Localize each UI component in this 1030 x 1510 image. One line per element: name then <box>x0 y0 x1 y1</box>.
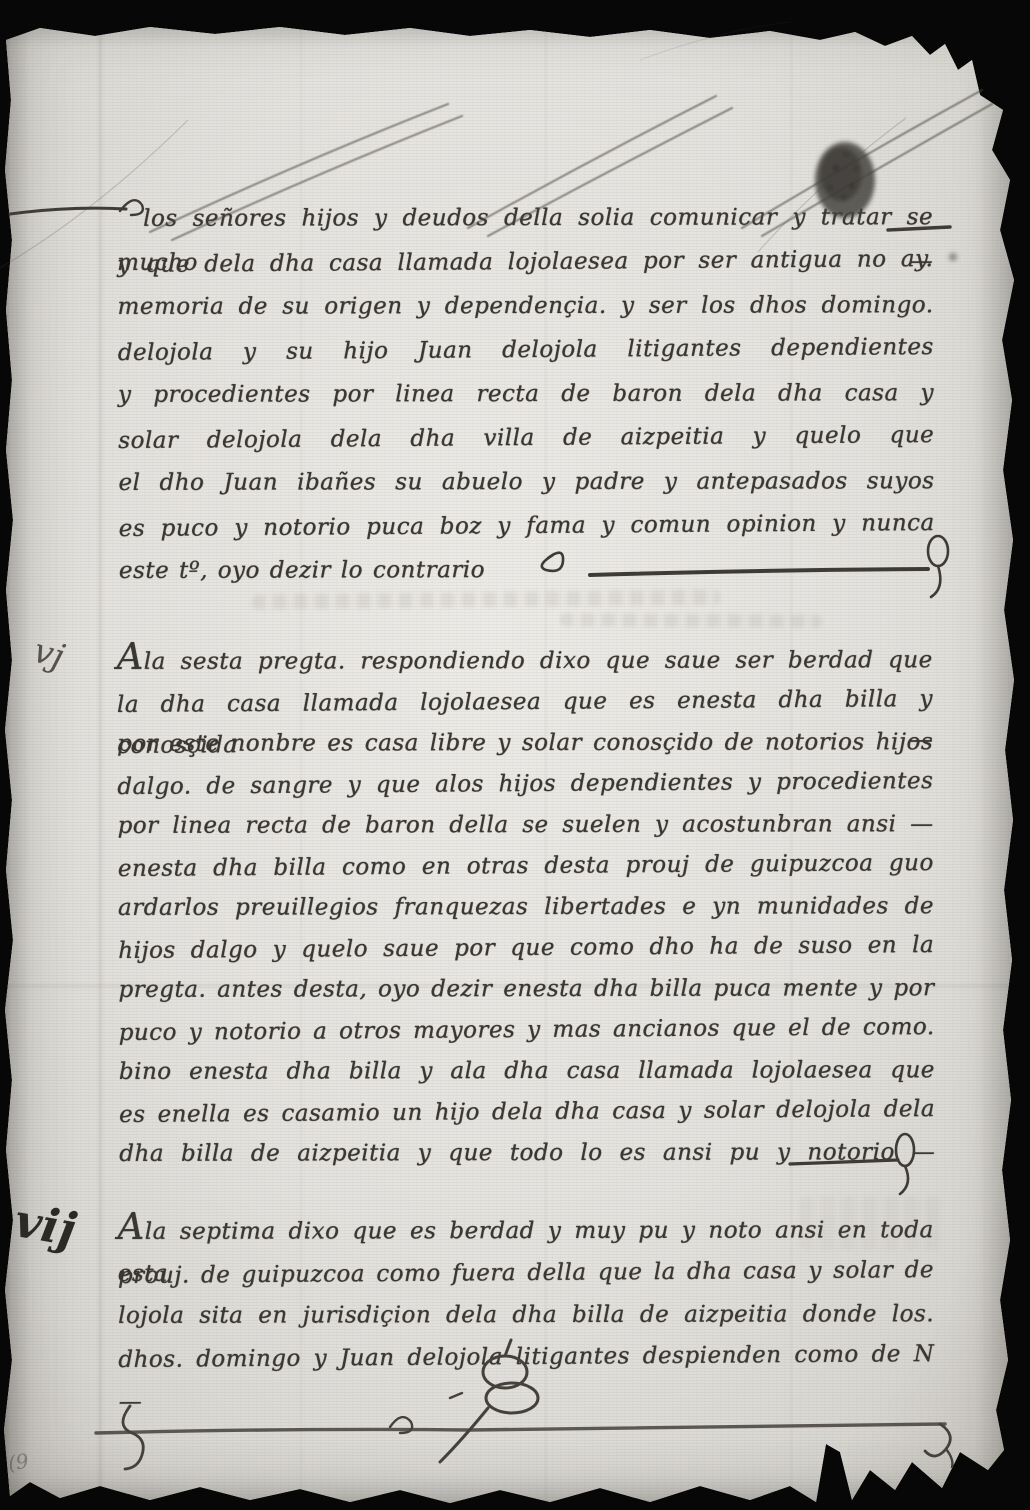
scan-background: { "page": { "description": "Scanned page… <box>0 0 1030 1510</box>
manuscript-line: es puco y notorio puca boz y fama y comu… <box>119 501 935 551</box>
manuscript-line: ardarlos preuillegios franquezas liberta… <box>118 886 934 929</box>
margin-mark-vij: vij <box>11 1193 80 1257</box>
manuscript-line: por linea recta de baron della se suelen… <box>118 804 934 847</box>
manuscript-line: el dho Juan ibañes su abuelo y padre y a… <box>118 459 934 505</box>
manuscript-line: hijos dalgo y quelo saue por que como dh… <box>118 925 934 972</box>
manuscript-line: dha billa de aizpeitia y que todo lo es … <box>119 1132 935 1175</box>
manuscript-line: dalgo. de sangre y que alos hijos depend… <box>117 761 933 808</box>
manuscript-line: prouj. de guipuzcoa como fuera della que… <box>118 1249 934 1297</box>
manuscript-line: delojola y su hijo Juan delojola litigan… <box>118 325 934 375</box>
paragraph-3: Ala septima dixo que es berdad y muy pu … <box>118 1208 935 1380</box>
manuscript-line: bino enesta dha billa y ala dha casa lla… <box>119 1050 935 1093</box>
manuscript-line: dhos. domingo y Juan delojola litigantes… <box>118 1333 934 1381</box>
manuscript-line: Ala sesta pregta. respondiendo dixo que … <box>117 640 933 683</box>
manuscript-line: este tº, oyo dezir lo contrario <box>119 547 935 593</box>
manuscript-line: y que dela dha casa llamada lojolaesea p… <box>117 237 933 287</box>
manuscript-line: Ala septima dixo que es berdad y muy pu … <box>118 1209 934 1253</box>
manuscript-line: los señores hijos y deudos della solia c… <box>117 195 933 241</box>
manuscript-line: enesta dha billa como en otras desta pro… <box>118 843 934 890</box>
manuscript-line: memoria de su origen y dependençia. y se… <box>117 283 933 329</box>
manuscript-line: es enella es casamio un hijo dela dha ca… <box>119 1089 935 1136</box>
manuscript-line: lojola sita en jurisdiçion dela dha bill… <box>118 1293 934 1337</box>
corner-mark: (9 <box>6 1449 30 1476</box>
manuscript-line: y procedientes por linea recta de baron … <box>118 371 934 417</box>
manuscript-line: puco y notorio a otros mayores y mas anc… <box>119 1007 935 1054</box>
manuscript-line: solar delojola dela dha villa de aizpeit… <box>118 413 934 463</box>
manuscript-line: por este nonbre es casa libre y solar co… <box>117 722 933 765</box>
paragraph-1: los señores hijos y deudos della solia c… <box>117 194 935 594</box>
manuscript-line: la dha casa llamada lojolaesea que es en… <box>117 679 933 726</box>
manuscript-line: pregta. antes desta, oyo dezir enesta dh… <box>118 968 934 1011</box>
paragraph-2: Ala sesta pregta. respondiendo dixo que … <box>117 639 936 1176</box>
